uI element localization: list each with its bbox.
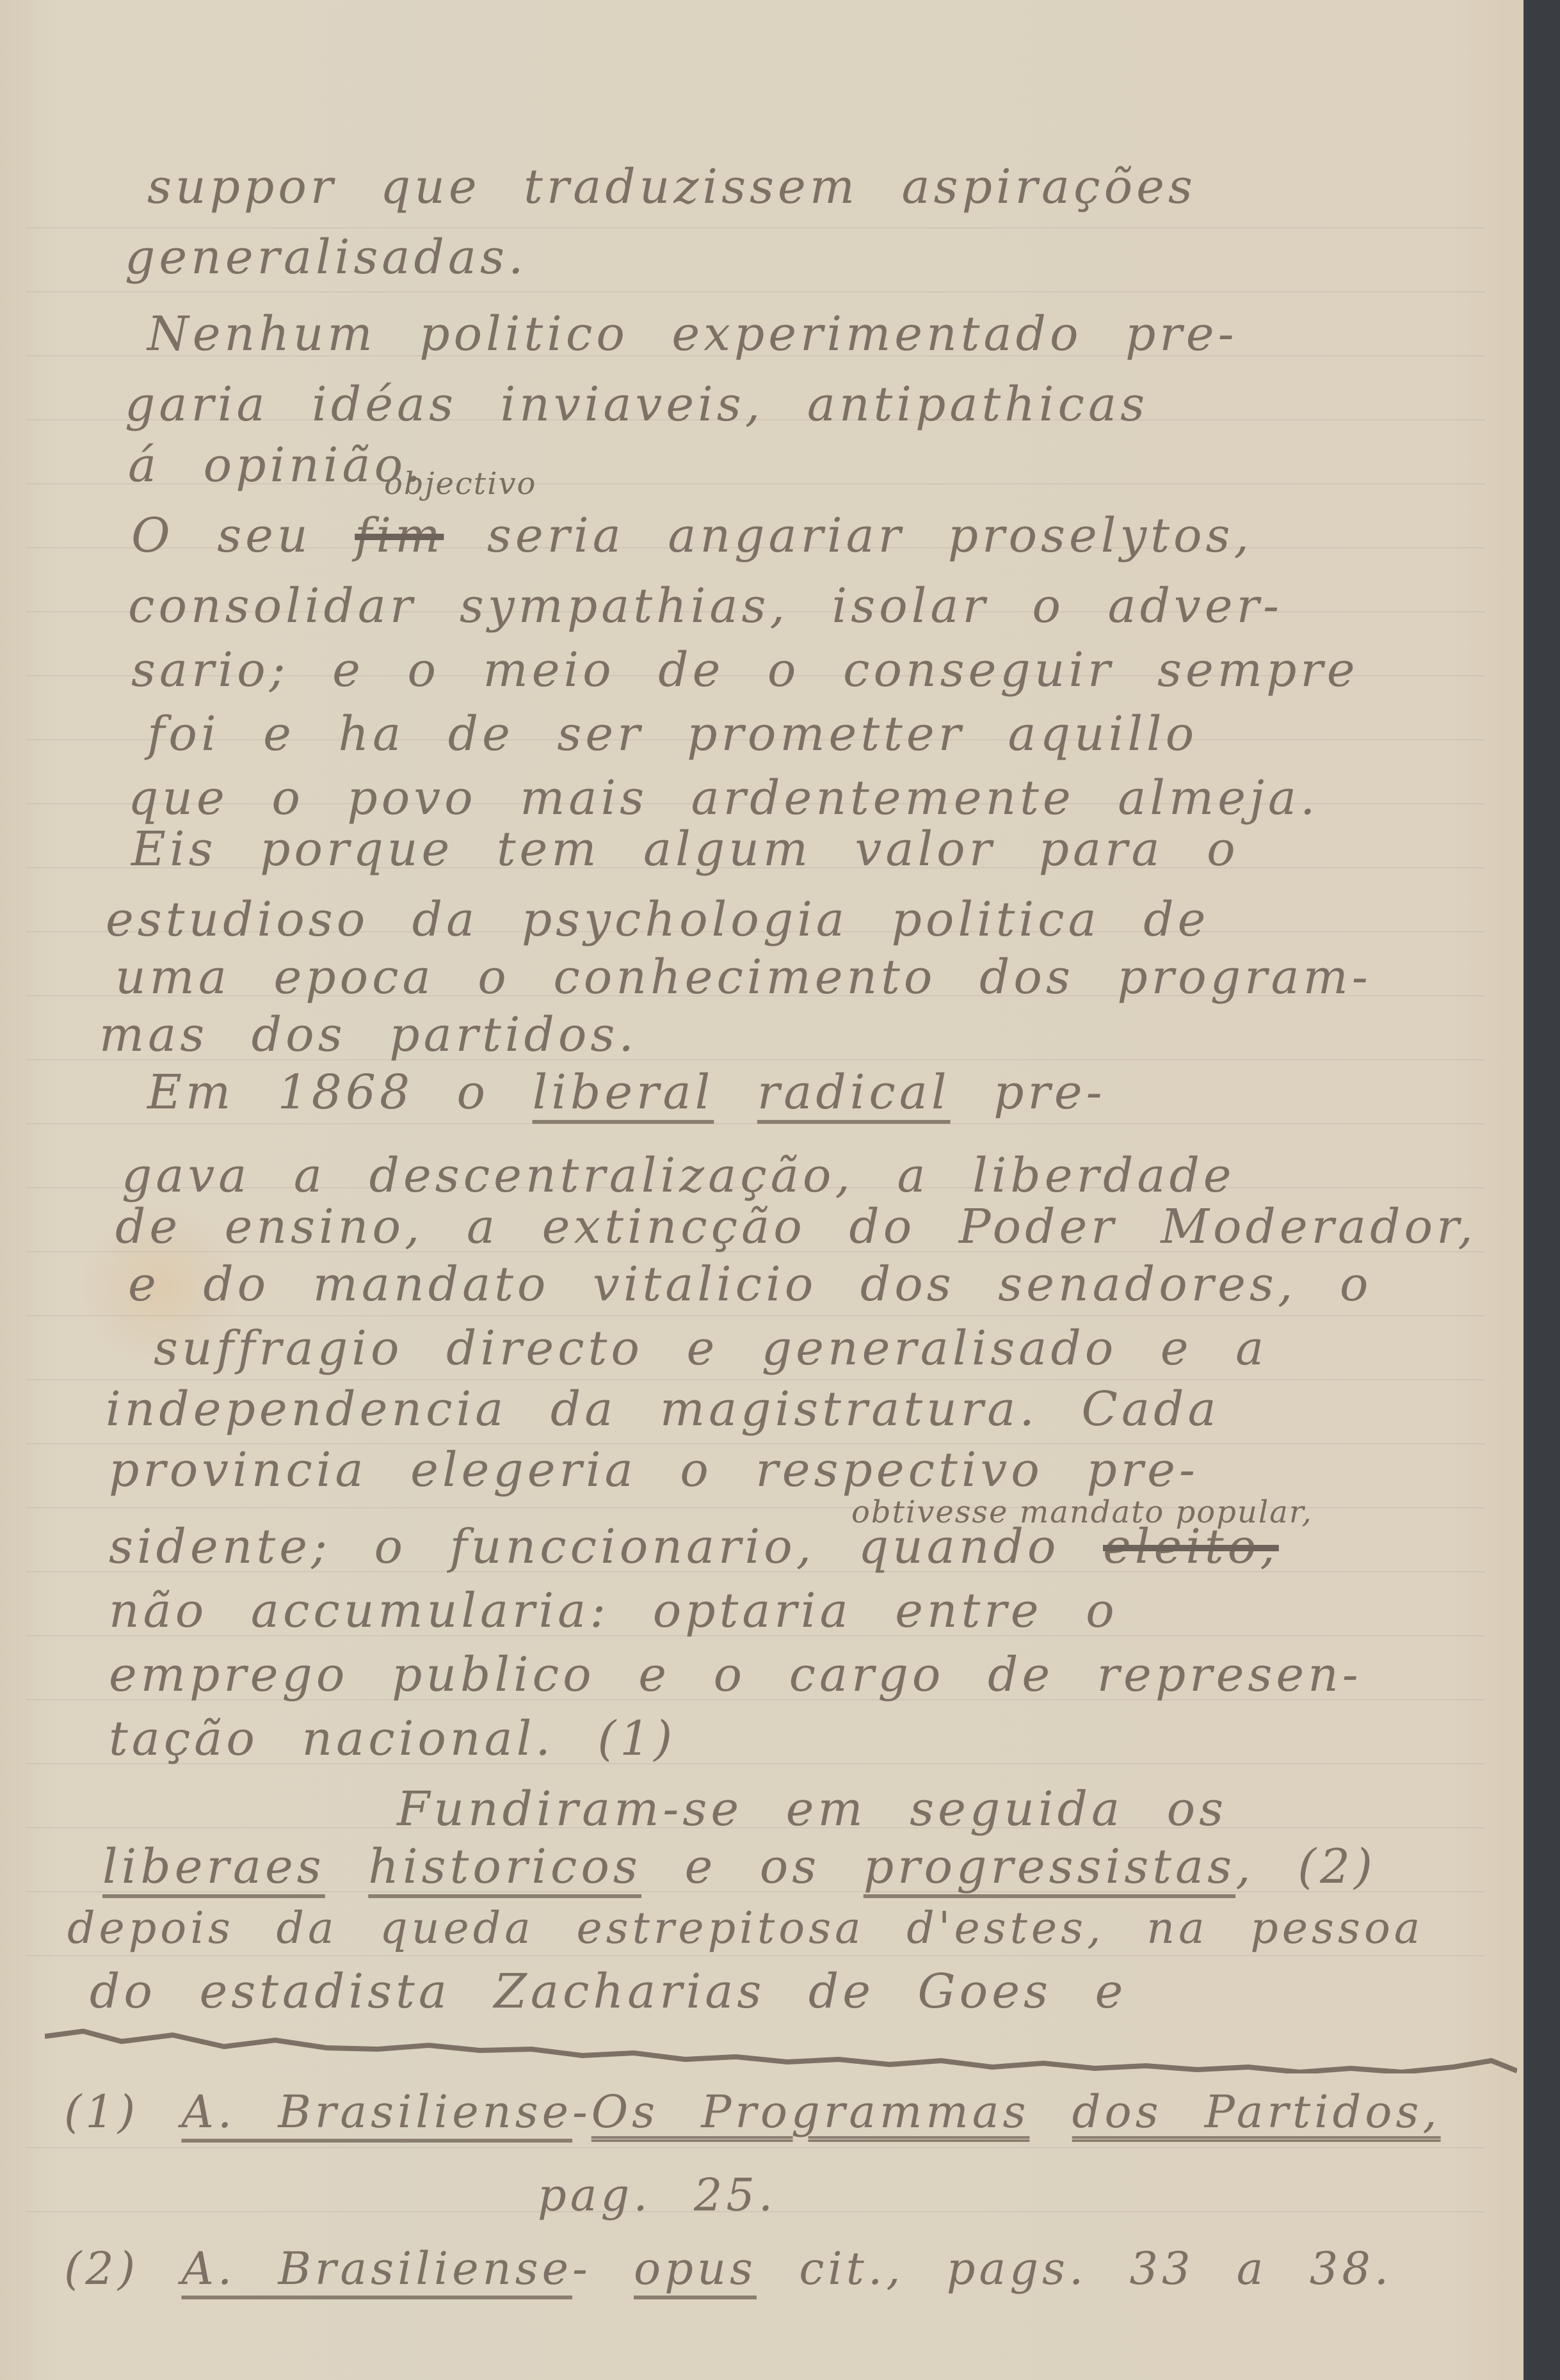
underlined-word: radical [757, 1065, 951, 1120]
text-line: á opinião. [128, 442, 424, 489]
ruled-line [26, 2147, 1485, 2148]
footnote-1-page: pag. 25. [538, 2173, 776, 2217]
text-line: que o povo mais ardentemente almeja. [128, 774, 1319, 822]
footnote-marker: (2) [64, 2242, 139, 2295]
struck-word: fim [355, 508, 444, 563]
text-fragment: seria angariar proselytos, [487, 508, 1253, 563]
ruled-line [26, 291, 1485, 292]
underlined-word: historicos [368, 1839, 641, 1894]
text-line: liberaes historicos e os progressistas, … [102, 1843, 1376, 1890]
text-line: tação nacional. (1) [109, 1715, 676, 1762]
ruled-line [26, 1955, 1485, 1956]
text-line: consolidar sympathias, isolar o adver- [128, 582, 1283, 630]
text-line: generalisadas. [125, 234, 527, 281]
footnote-dash: - [572, 2086, 591, 2138]
text-line: garia idéas inviaveis, antipathicas [125, 381, 1148, 428]
text-line: Fundiram-se em seguida os [397, 1785, 1227, 1833]
footnote-title: dos Partidos, [1072, 2086, 1441, 2138]
text-line: do estadista Zacharias de Goes e [90, 1968, 1127, 2015]
ruled-line [26, 1123, 1485, 1124]
ruled-line [26, 227, 1485, 228]
text-line: uma epoca o conhecimento dos program- [115, 954, 1372, 1001]
text-line: estudioso da psychologia politica de [106, 896, 1209, 943]
text-line-with-correction: sidente; o funccionario, quando eleito, [109, 1523, 1279, 1570]
underlined-word: progressistas [864, 1839, 1235, 1894]
text-fragment: Em 1868 o [147, 1065, 489, 1120]
ruled-line [26, 1379, 1485, 1380]
underlined-word: liberaes [102, 1839, 325, 1894]
footnote-title: Os Programmas [591, 2086, 1030, 2138]
footnote-author: A. Brasiliense [181, 2242, 572, 2295]
text-line: suppor que traduzissem aspirações [147, 163, 1196, 211]
text-line: suffragio directo e generalisado e a [154, 1325, 1267, 1372]
footnote-work: opus [634, 2242, 757, 2295]
footnote-1: (1) A. Brasiliense-Os Programmas dos Par… [64, 2089, 1441, 2134]
text-fragment: pre- [993, 1065, 1106, 1120]
text-line: não accumularia: optaria entre o [109, 1587, 1118, 1634]
text-line: Eis porque tem algum valor para o [131, 826, 1239, 873]
text-line: Nenhum politico experimentado pre- [147, 310, 1238, 358]
text-fragment: O seu [131, 508, 312, 563]
text-fragment: , (2) [1235, 1839, 1376, 1894]
text-line: mas dos partidos. [99, 1011, 638, 1058]
footnote-dash: - [572, 2242, 591, 2295]
text-line: gava a descentralização, a liberdade [122, 1152, 1235, 1199]
text-line: independencia da magistratura. Cada [106, 1386, 1220, 1433]
footnote-marker: (1) [64, 2086, 139, 2138]
ruled-line [26, 1315, 1485, 1316]
scan-edge [1524, 0, 1560, 2380]
manuscript-page: suppor que traduzissem aspirações genera… [0, 0, 1524, 2380]
footnote-2: (2) A. Brasiliense- opus cit., pags. 33 … [64, 2246, 1392, 2291]
text-line: Em 1868 o liberal radical pre- [147, 1069, 1106, 1116]
footnote-author: A. Brasiliense [181, 2086, 572, 2138]
underlined-word: liberal [533, 1065, 714, 1120]
text-line: emprego publico e o cargo de represen- [109, 1651, 1362, 1698]
text-line: depois da queda estrepitosa d'estes, na … [67, 1907, 1424, 1951]
interlinear-insertion: objectivo [384, 466, 536, 502]
text-line: de ensino, a extincção do Poder Moderado… [115, 1203, 1477, 1250]
footnote-separator [45, 2022, 1517, 2073]
footnote-reference: cit., pags. 33 a 38. [799, 2242, 1392, 2295]
text-fragment: e os [684, 1839, 820, 1894]
interlinear-insertion: obtivesse mandato popular, [851, 1494, 1313, 1530]
text-line: provincia elegeria o respectivo pre- [109, 1446, 1199, 1494]
text-line: e do mandato vitalicio dos senadores, o [128, 1261, 1372, 1308]
text-line: foi e ha de ser prometter aquillo [147, 710, 1198, 758]
text-line: sario; e o meio de o conseguir sempre [131, 646, 1359, 694]
text-line-with-correction: O seu fim seria angariar proselytos, [131, 512, 1253, 559]
